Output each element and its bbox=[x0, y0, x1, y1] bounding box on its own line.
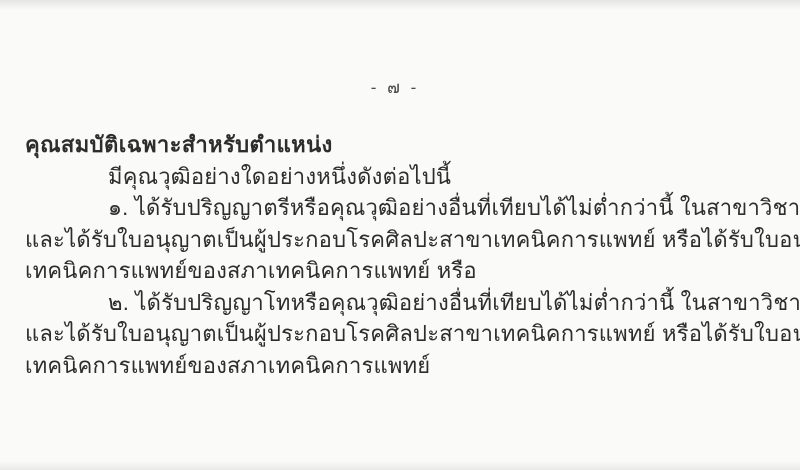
item-1-line-3: เทคนิคการแพทย์ของสภาเทคนิคการแพทย์ หรือ bbox=[25, 255, 787, 287]
item-2-line-1: ๒. ได้รับปริญญาโทหรือคุณวุฒิอย่างอื่นที่… bbox=[25, 287, 787, 319]
scan-shadow-bottom bbox=[0, 461, 800, 470]
item-1-line-2: และได้รับใบอนุญาตเป็นผู้ประกอบโรคศิลปะสา… bbox=[25, 224, 787, 256]
qualification-item-1: ๑. ได้รับปริญญาตรีหรือคุณวุฒิอย่างอื่นที… bbox=[25, 192, 787, 287]
qualification-item-2: ๒. ได้รับปริญญาโทหรือคุณวุฒิอย่างอื่นที่… bbox=[25, 287, 787, 382]
section-heading: คุณสมบัติเฉพาะสำหรับตำแหน่ง bbox=[25, 129, 787, 161]
scan-shadow-top bbox=[0, 0, 800, 10]
item-1-line-1: ๑. ได้รับปริญญาตรีหรือคุณวุฒิอย่างอื่นที… bbox=[25, 192, 787, 224]
intro-line: มีคุณวุฒิอย่างใดอย่างหนึ่งดังต่อไปนี้ bbox=[25, 161, 787, 193]
item-2-line-2: และได้รับใบอนุญาตเป็นผู้ประกอบโรคศิลปะสา… bbox=[25, 318, 787, 350]
scanned-document-page: - ๗ - คุณสมบัติเฉพาะสำหรับตำแหน่ง มีคุณว… bbox=[0, 0, 800, 470]
item-2-line-3: เทคนิคการแพทย์ของสภาเทคนิคการแพทย์ bbox=[25, 350, 787, 382]
page-number: - ๗ - bbox=[0, 74, 790, 101]
document-body: คุณสมบัติเฉพาะสำหรับตำแหน่ง มีคุณวุฒิอย่… bbox=[25, 129, 787, 381]
